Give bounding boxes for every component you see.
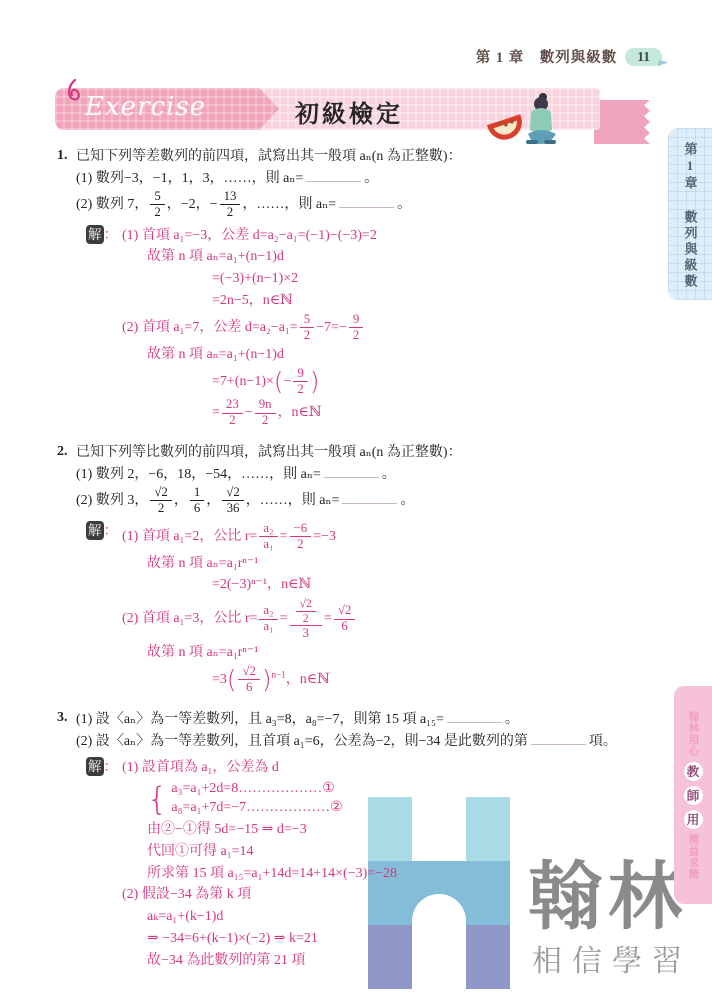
solution-line: =(−3)+(n−1)×2 bbox=[122, 269, 657, 289]
fraction: √26 bbox=[334, 604, 356, 634]
chapter-side-tab-label: 第1章 數列與級數 bbox=[681, 142, 700, 300]
fraction: 92 bbox=[293, 367, 307, 397]
solution-line: =7+(n−1)×(−92) bbox=[122, 367, 657, 397]
nested-fraction: √223 bbox=[290, 597, 322, 640]
page-header: 第 1 章 數列與級數 11 bbox=[476, 46, 662, 67]
problem-2: 2. 已知下列等比數列的前四項，試寫出其一般項 aₙ(n 為正整數)： (1) … bbox=[57, 442, 657, 517]
solution-line: =2(−3)ⁿ⁻¹，n∈ℕ bbox=[122, 575, 657, 595]
fraction: √236 bbox=[222, 486, 244, 516]
badge-use: 用 bbox=[684, 810, 703, 829]
solution-line: (2) 首項 a₁=7，公差 d=a₂−a₁=52−7=−92 bbox=[122, 313, 657, 343]
solution-line: (2) 首項 a₁=3，公比 r=a₂a₁=√223=√26 bbox=[122, 597, 657, 640]
fraction: 92 bbox=[349, 313, 363, 343]
side-tab-bottom-text: 精益求精 bbox=[686, 834, 701, 880]
fraction: √26 bbox=[238, 665, 260, 695]
solution-line: 故−34 為此數列的第 21 項 bbox=[122, 951, 657, 971]
apple-and-person-illustration bbox=[486, 90, 570, 150]
problem-3-q1: (1) 設〈aₙ〉為一等差數列，且 a₃=8，a₈=−7，則第 15 項 a₁₅… bbox=[76, 709, 657, 730]
teacher-edition-side-tab: 翰林用心 教 師 用 精益求精 bbox=[674, 686, 712, 904]
equation-system: { a₃=a₁+2d=8………………① a₈=a₁+7d=−7………………② bbox=[122, 780, 657, 818]
problem-1-number: 1. bbox=[57, 146, 76, 221]
chapter-label: 第 1 章 數列與級數 bbox=[476, 46, 618, 67]
fraction: 132 bbox=[220, 190, 241, 220]
problem-2-q1: (1) 數列 2，−6，18，−54，……，則 aₙ=。 bbox=[76, 464, 657, 485]
problem-1-q2: (2) 數列 7，52，−2，−132，……，則 aₙ=。 bbox=[76, 190, 657, 220]
page-number-badge: 11 bbox=[625, 48, 662, 66]
solution-marker: 解 bbox=[86, 757, 104, 776]
problem-3-number: 3. bbox=[57, 708, 76, 753]
fraction: 52 bbox=[150, 190, 164, 220]
ribbon-decoration bbox=[594, 100, 650, 144]
problem-2-stem: 已知下列等比數列的前四項，試寫出其一般項 aₙ(n 為正整數)： bbox=[76, 443, 657, 463]
exercise-word: Exercise bbox=[85, 92, 206, 122]
problem-3-q2: (2) 設〈aₙ〉為一等差數列，且首項 a₁=6，公差為−2，則−34 是此數列… bbox=[76, 731, 657, 752]
solution-line: (1) 設首項為 a₁，公差為 d bbox=[122, 758, 657, 778]
badge-teacher: 師 bbox=[684, 786, 703, 805]
solution-line: (1) 首項 a₁=2，公比 r=a₂a₁=−62=−3 bbox=[122, 522, 657, 552]
problem-2-q2: (2) 數列 3，√22，16，√236，……，則 aₙ=。 bbox=[76, 486, 657, 516]
chapter-side-tab: 第1章 數列與級數 bbox=[668, 128, 712, 300]
problem-1-q1: (1) 數列−3，−1，1，3，……，則 aₙ=。 bbox=[76, 168, 657, 189]
exercise-content: 1. 已知下列等差數列的前四項，試寫出其一般項 aₙ(n 為正整數)： (1) … bbox=[57, 146, 657, 973]
solution-line: ⇒ −34=6+(k−1)×(−2) ⇒ k=21 bbox=[122, 929, 657, 949]
fraction: a₂a₁ bbox=[259, 522, 277, 552]
answer-blank bbox=[447, 709, 502, 723]
fraction: 52 bbox=[300, 313, 314, 343]
fraction: 9n2 bbox=[255, 398, 276, 428]
fraction: a₂a₁ bbox=[259, 604, 277, 634]
answer-blank bbox=[324, 464, 379, 478]
solution-line: 故第 n 項 aₙ=a₁rⁿ⁻¹ bbox=[122, 554, 657, 574]
solution-line: 故第 n 項 aₙ=a₁+(n−1)d bbox=[122, 247, 657, 267]
answer-blank bbox=[531, 731, 586, 745]
solution-2: 解： (1) 首項 a₁=2，公比 r=a₂a₁=−62=−3 故第 n 項 a… bbox=[86, 520, 657, 697]
solution-line: =232−9n2，n∈ℕ bbox=[122, 398, 657, 428]
doodle-icon bbox=[63, 78, 85, 104]
fraction: −62 bbox=[290, 522, 312, 552]
solution-3: 解： (1) 設首項為 a₁，公差為 d { a₃=a₁+2d=8………………①… bbox=[86, 756, 657, 973]
system-eq-2: a₈=a₁+7d=−7………………② bbox=[171, 799, 342, 818]
brace: { bbox=[147, 783, 167, 815]
badge-teach: 教 bbox=[684, 762, 703, 781]
solution-line: 所求第 15 項 a₁₅=a₁+14d=14+14×(−3)=−28 bbox=[122, 864, 657, 884]
fraction: 16 bbox=[190, 486, 204, 516]
solution-line: (2) 假設−34 為第 k 項 bbox=[122, 885, 657, 905]
banner-title: 初級檢定 bbox=[295, 94, 403, 129]
solution-line: 故第 n 項 aₙ=a₁rⁿ⁻¹ bbox=[122, 643, 657, 663]
problem-2-number: 2. bbox=[57, 442, 76, 517]
solution-line: aₖ=a₁+(k−1)d bbox=[122, 907, 657, 927]
solution-line: 由②−①得 5d=−15 ⇒ d=−3 bbox=[122, 820, 657, 840]
problem-1: 1. 已知下列等差數列的前四項，試寫出其一般項 aₙ(n 為正整數)： (1) … bbox=[57, 146, 657, 221]
solution-line: (1) 首項 a₁=−3，公差 d=a₂−a₁=(−1)−(−3)=2 bbox=[122, 226, 657, 246]
problem-3: 3. (1) 設〈aₙ〉為一等差數列，且 a₃=8，a₈=−7，則第 15 項 … bbox=[57, 708, 657, 753]
solution-marker: 解 bbox=[86, 225, 104, 244]
side-tab-top-text: 翰林用心 bbox=[686, 711, 701, 757]
solution-line: =3(√26)n−1，n∈ℕ bbox=[122, 665, 657, 695]
answer-blank bbox=[306, 168, 361, 182]
fraction: √22 bbox=[150, 486, 172, 516]
answer-blank bbox=[339, 194, 394, 208]
answer-blank bbox=[342, 490, 397, 504]
system-eq-1: a₃=a₁+2d=8………………① bbox=[171, 780, 342, 799]
solution-1: 解： (1) 首項 a₁=−3，公差 d=a₂−a₁=(−1)−(−3)=2 故… bbox=[86, 224, 657, 431]
solution-line: 故第 n 項 aₙ=a₁+(n−1)d bbox=[122, 345, 657, 365]
fraction: 232 bbox=[222, 398, 243, 428]
solution-line: 代回①可得 a₁=14 bbox=[122, 842, 657, 862]
solution-line: =2n−5，n∈ℕ bbox=[122, 291, 657, 311]
solution-marker: 解 bbox=[86, 521, 104, 540]
